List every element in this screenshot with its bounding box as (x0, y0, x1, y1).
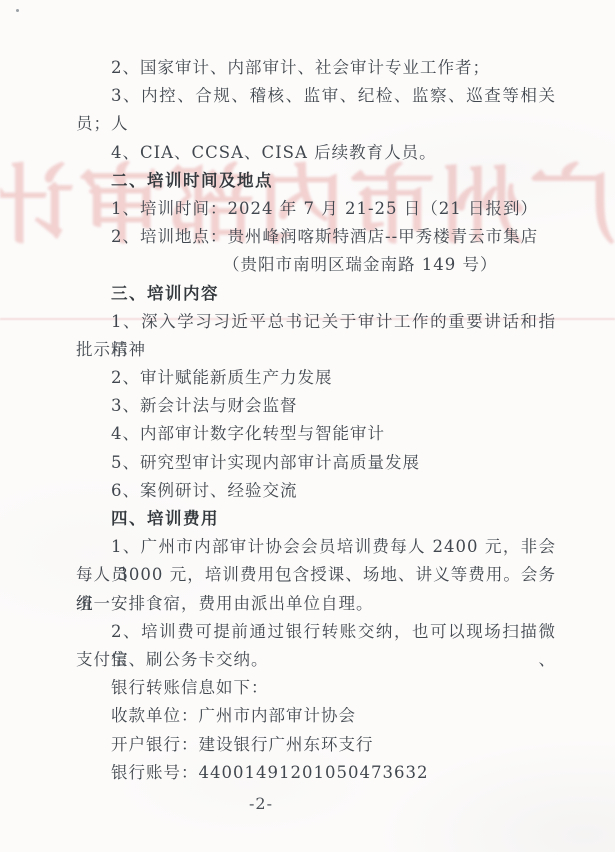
content-item-1: 1、深入学习习近平总书记关于审计工作的重要讲话和指示 (76, 308, 556, 336)
bank-transfer-intro: 银行转账信息如下： (76, 674, 556, 702)
fees-item-1-continued-b: 统一安排食宿，费用由派出单位自理。 (76, 590, 556, 618)
training-location-address: （贵阳市南明区瑞金南路 149 号） (76, 251, 556, 279)
bank-name: 开户银行：建设银行广州东环支行 (76, 731, 556, 759)
content-item-4: 4、内部审计数字化转型与智能审计 (76, 420, 556, 448)
audience-item-3-continued: 员； (76, 110, 556, 138)
fees-item-1: 1、广州市内部审计协会会员培训费每人 2400 元，非会员 (76, 533, 556, 561)
training-location: 2、培训地点：贵州峰润喀斯特酒店--甲秀楼青云市集店 (76, 223, 556, 251)
audience-item-4: 4、CIA、CCSA、CISA 后续教育人员。 (76, 139, 556, 167)
scanned-document-page: 广州市内部审计协会文件 2、国家审计、内部审计、社会审计专业工作者； 3、内控、… (0, 0, 615, 852)
content-item-2: 2、审计赋能新质生产力发展 (76, 364, 556, 392)
fees-item-2: 2、培训费可提前通过银行转账交纳，也可以现场扫描微信、 (76, 618, 556, 646)
audience-item-3: 3、内控、合规、稽核、监审、纪检、监察、巡查等相关人 (76, 82, 556, 110)
content-item-6: 6、案例研讨、经验交流 (76, 477, 556, 505)
bank-account-number: 银行账号：44001491201050473632 (76, 759, 556, 787)
training-time: 1、培训时间：2024 年 7 月 21-25 日（21 日报到） (76, 195, 556, 223)
content-item-3: 3、新会计法与财会监督 (76, 392, 556, 420)
scan-speck (16, 9, 19, 12)
page-number: -2- (0, 794, 522, 813)
fees-item-1-continued-a: 每人 3000 元，培训费用包含授课、场地、讲义等费用。会务组 (76, 561, 556, 589)
heading-training-fees: 四、培训费用 (76, 505, 556, 533)
audience-item-2: 2、国家审计、内部审计、社会审计专业工作者； (76, 54, 556, 82)
heading-training-content: 三、培训内容 (76, 280, 556, 308)
document-body: 2、国家审计、内部审计、社会审计专业工作者； 3、内控、合规、稽核、监审、纪检、… (76, 54, 556, 787)
payee-name: 收款单位：广州市内部审计协会 (76, 702, 556, 730)
content-item-5: 5、研究型审计实现内部审计高质量发展 (76, 449, 556, 477)
content-item-1-continued: 批示精神 (76, 336, 556, 364)
heading-training-time-location: 二、培训时间及地点 (76, 167, 556, 195)
